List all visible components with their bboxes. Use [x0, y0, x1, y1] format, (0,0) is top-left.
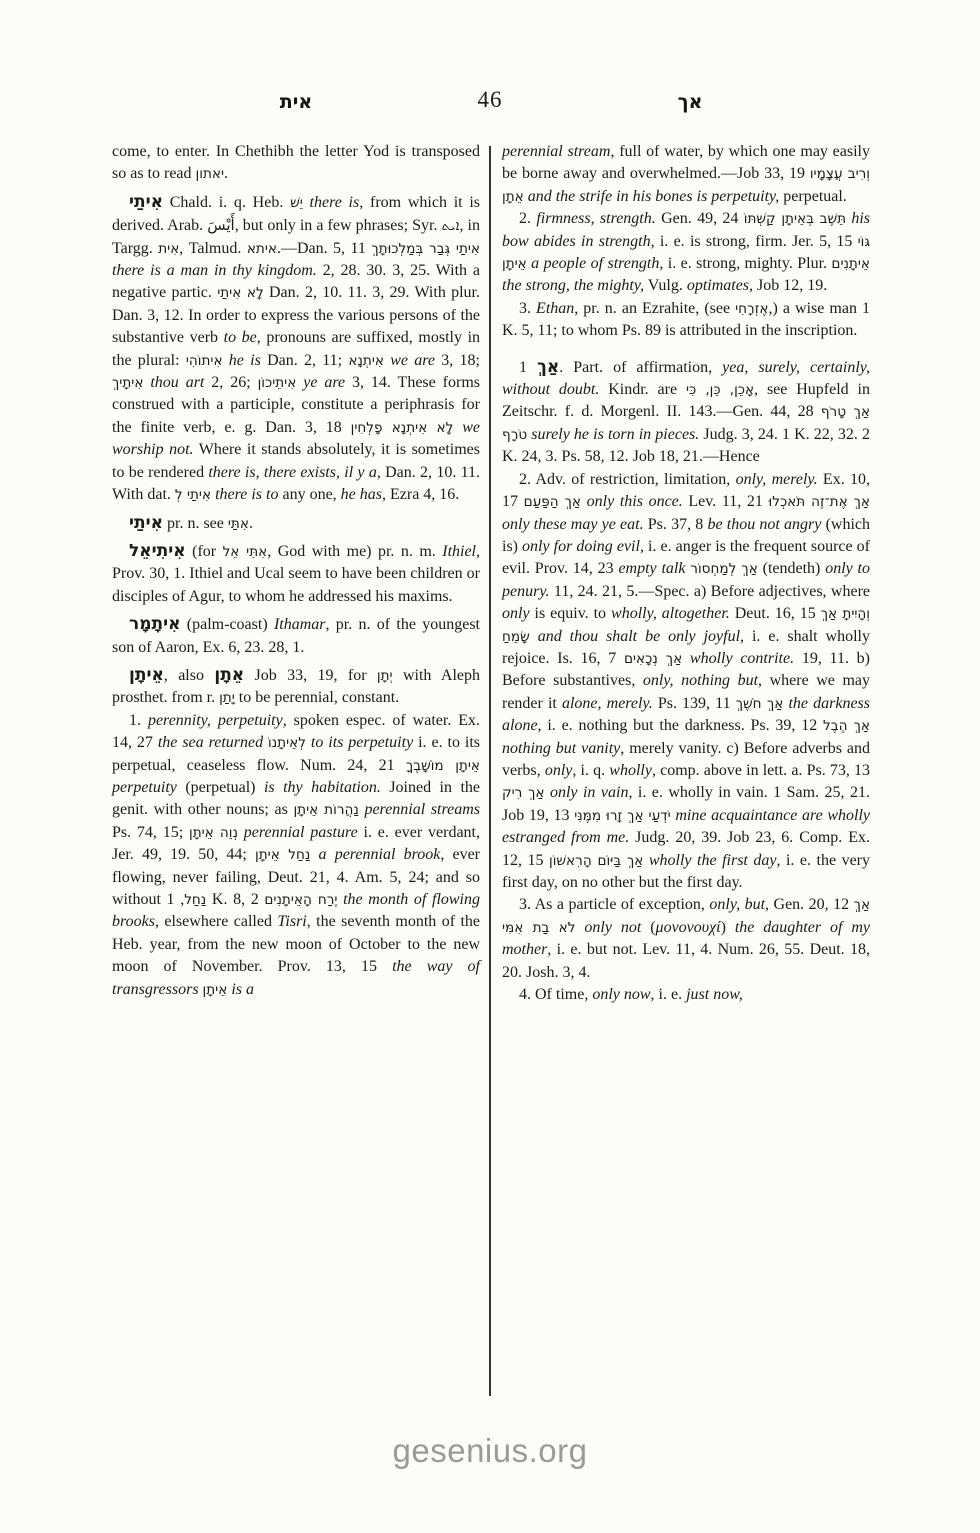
hebrew-headword: אִיתַי [129, 513, 163, 533]
italic-text-run: only now [592, 986, 650, 1003]
text-run: 3. As a particle of exception, [519, 896, 709, 913]
paragraph: come, to enter. In Chethibh the letter Y… [112, 141, 480, 186]
hebrew-text: יֶרַח הָאֵיתָנִים [264, 892, 337, 908]
italic-text-run: is a [227, 981, 254, 998]
arabic-text: أَيْسَ [207, 216, 234, 234]
entry-paragraph: אַךְ 1. Part. of affirmation, yea, surel… [502, 356, 870, 469]
syriac-text: ܐܝܬ [442, 218, 460, 234]
text-run: , Job 12, 19. [749, 277, 827, 294]
hebrew-text: נַחַל [184, 892, 206, 908]
hebrew-text: יֹדְעַי אַךְ זָרוּ מִמֶּנִּי [574, 808, 671, 824]
text-run: Dan. 2, 11; [261, 352, 349, 369]
italic-text-run: only these may ye eat. [502, 516, 644, 533]
text-run: 11, 24. 21, 5.—Spec. a) Before adjective… [550, 583, 870, 600]
text-run: , Talmud. [179, 240, 247, 257]
italic-text-run: just now, [686, 986, 743, 1003]
running-head-left-hebrew: אית [236, 90, 356, 114]
hebrew-headword: אִיתַי [129, 192, 163, 212]
text-run: 3, 18; [435, 352, 480, 369]
hebrew-text: איתא [247, 241, 277, 257]
text-run: .—Dan. 5, 11 [277, 240, 371, 257]
text-run: pr. n. see [163, 515, 228, 532]
italic-text-run: the strong, the mighty, [502, 277, 644, 294]
italic-text-run: only, but [709, 896, 765, 913]
italic-text-run: only not [575, 919, 641, 936]
hebrew-text: אָכֵן, כֵּן, כִּי [686, 382, 754, 398]
hebrew-text: אִתַּי [228, 516, 249, 532]
italic-text-run: surely he is torn in pieces. [527, 426, 699, 443]
text-run: Job 33, 19, for [244, 667, 377, 684]
text-run: Ps. 74, 15; [112, 824, 189, 841]
column-right: perennial stream, full of water, by whic… [502, 141, 870, 1006]
hebrew-text: אִתִּי אֵל [223, 544, 268, 560]
italic-text-run: perennial stream [502, 143, 610, 160]
italic-text-run: and the strife in his bones is perpetuit… [524, 188, 780, 205]
text-run: , i. e. strong, mighty. Plur. [659, 255, 831, 272]
italic-text-run: the sea returned [158, 734, 268, 751]
text-run: to be perennial, constant. [235, 689, 399, 706]
italic-text-run: only, merely. [736, 471, 818, 488]
italic-text-run: only for doing evil, [522, 538, 644, 555]
text-run: , Ezra 4, 16. [382, 486, 459, 503]
text-run: , i. q. [572, 762, 609, 779]
italic-text-run: alone, merely. [562, 695, 653, 712]
text-run: (perpetual) [177, 779, 264, 796]
hebrew-text: יֵשׁ [290, 195, 303, 211]
text-run: . [249, 515, 253, 532]
text-run: Ps. 37, 8 [644, 516, 708, 533]
italic-text-run: to be [224, 329, 257, 346]
entry-paragraph: אֵיתָן, also אֵתָן Job 33, 19, for יְתָן… [112, 664, 480, 710]
hebrew-text: אַךְ רִיק [502, 785, 545, 801]
hebrew-text: לָא אִיתְנָא פָלְחִין [351, 420, 454, 436]
italic-text-run: thou art [143, 374, 204, 391]
text-run: , i. e. nothing but the darkness. Ps. 39… [538, 717, 823, 734]
italic-text-run: firmness, strength. [536, 210, 655, 227]
italic-text-run: Ithiel [442, 543, 476, 560]
paragraph: 3. As a particle of exception, only, but… [502, 894, 870, 984]
text-run: any one, [278, 486, 340, 503]
paragraph: 2. Adv. of restriction, limitation, only… [502, 469, 870, 895]
hebrew-text: אֵיתָן [203, 982, 228, 998]
italic-text-run: wholly the first day [643, 852, 776, 869]
text-run: 3. [519, 300, 536, 317]
italic-text-run: only [502, 605, 530, 622]
entry-paragraph: אִיתָמָר (palm-coast) Ithamar, pr. n. of… [112, 613, 480, 659]
hebrew-headword: אִיתָמָר [129, 614, 181, 634]
hebrew-headword: אִיתִיאֵל [129, 541, 186, 561]
greek-text: μονονουχί [656, 919, 721, 936]
hebrew-text: תֵּשֶׁב בְּאֵיתָן קַשְׁתּוֹ [744, 211, 846, 227]
hebrew-text: אֶזְרָחִי [735, 301, 768, 317]
text-run: i. e. is strong, firm. Jer. 5, 15 [655, 233, 858, 250]
hebrew-text: אִיתַי לְ [175, 487, 211, 503]
text-run: , i. e. but not. Lev. 11, 4. Num. 26, 55… [502, 941, 870, 980]
hebrew-text: אִית [158, 241, 179, 257]
text-run: 4. Of time, [519, 986, 592, 1003]
hebrew-text: אַךְ הֶבֶל [823, 718, 870, 734]
paragraph: 1. perennity, perpetuity, spoken espec. … [112, 710, 480, 1001]
italic-text-run: wholly, altogether. [611, 605, 730, 622]
italic-text-run: optimates [687, 277, 749, 294]
text-run: come, to enter. In Chethibh the letter Y… [112, 143, 480, 182]
italic-text-run: to its perpetuity [306, 734, 413, 751]
watermark: gesenius.org [0, 1432, 980, 1470]
italic-text-run: ye are [296, 374, 345, 391]
text-run: 2. [519, 210, 536, 227]
text-run: 1. [129, 712, 148, 729]
text-run: Chald. i. q. Heb. [163, 194, 290, 211]
hebrew-text: אִיתַי גְּבַר בְּמַלְכוּתָךְ [371, 241, 480, 257]
italic-text-run: only in vain [545, 784, 629, 801]
hebrew-text: אַךְ חֹשֶׁךְ [736, 696, 784, 712]
hebrew-text: יאתון [196, 166, 224, 182]
hebrew-text: לְאֵיתָנוֹ [268, 735, 306, 751]
entry-paragraph: אִיתַי pr. n. see אִתַּי. [112, 512, 480, 535]
hebrew-text: נַהֲרוֹת אֵיתָן [293, 802, 358, 818]
running-head-right-hebrew: אך [630, 90, 750, 114]
text-run: Ps. 139, 11 [653, 695, 736, 712]
italic-text-run: perennity, perpetuity [148, 712, 283, 729]
text-run: Lev. 11, 21 [683, 493, 769, 510]
hebrew-text: אַךְ נְכָאִים [624, 651, 682, 667]
text-run: Vulg. [644, 277, 687, 294]
paragraph: 3. Ethan, pr. n. an Ezrahite, (see אֶזְר… [502, 298, 870, 343]
paragraph: 4. Of time, only now, i. e. just now, [502, 984, 870, 1006]
italic-text-run: a perennial brook [310, 846, 440, 863]
italic-text-run: nothing but vanity [502, 740, 620, 757]
paragraph: perennial stream, full of water, by whic… [502, 141, 870, 208]
italic-text-run: perpetuity [112, 779, 177, 796]
text-run: 2, 26; [204, 374, 257, 391]
hebrew-headword: אֵתָן [214, 665, 244, 685]
hebrew-text: לָא אִיתַי [217, 285, 264, 301]
text-run: , comp. above in lett. a. Ps. 73, 13 [652, 762, 870, 779]
italic-text-run: there is to [211, 486, 278, 503]
hebrew-text: אֵיתָנִים [831, 256, 870, 272]
text-run: , but only in a few phrases; Syr. [235, 217, 442, 234]
text-run: Gen. 49, 24 [656, 210, 744, 227]
page-number: 46 [440, 87, 540, 113]
text-run: , elsewhere called [155, 913, 277, 930]
text-run: . [224, 165, 228, 182]
text-run: , God with me) pr. n. m. [267, 543, 442, 560]
italic-text-run: and thou shalt be only joyful [530, 628, 740, 645]
italic-text-run: perennial streams [359, 801, 480, 818]
hebrew-text: נְוֵה אֵיתָן [189, 825, 238, 841]
italic-text-run: there is, [303, 194, 363, 211]
text-run: , pr. n. an Ezrahite, (see [574, 300, 735, 317]
italic-text-run: only this once. [581, 493, 683, 510]
column-left: come, to enter. In Chethibh the letter Y… [112, 141, 480, 1001]
paragraph: 2. firmness, strength. Gen. 49, 24 תֵּשֶ… [502, 208, 870, 298]
italic-text-run: a people of strength [527, 255, 660, 272]
text-run: Kindr. are [599, 381, 686, 398]
text-run: perpetual. [779, 188, 847, 205]
hebrew-text: אִיתֵיכוֹן [258, 375, 297, 391]
hebrew-text: אִיתָיךְ [112, 375, 143, 391]
hebrew-text: אַךְ בַּיּוֹם הָרִאשׁוֹן [549, 853, 643, 869]
text-run: Deut. 16, 15 [730, 605, 821, 622]
italic-text-run: he is [223, 352, 261, 369]
hebrew-text: אַךְ אֶת־זֶה תֹּאכְלוּ [769, 494, 870, 510]
entry-paragraph: אִיתַי Chald. i. q. Heb. יֵשׁ there is, … [112, 191, 480, 507]
italic-text-run: Ethan [536, 300, 574, 317]
italic-text-run: Tisri [277, 913, 306, 930]
italic-text-run: Ithamar [274, 616, 326, 633]
italic-text-run: we are [384, 352, 435, 369]
italic-text-run: there is, there exists, il y a [208, 464, 376, 481]
hebrew-text: אַךְ הַפַּעַם [524, 494, 581, 510]
hebrew-headword: אַךְ [537, 357, 559, 377]
italic-text-run: there is a man in thy kingdom. [112, 262, 317, 279]
text-run: ) [721, 919, 735, 936]
hebrew-text: יְתָן [377, 668, 393, 684]
hebrew-text: אֵיתָן מוֹשָׁבֶךָ [406, 758, 480, 774]
column-divider-rule [489, 146, 491, 1396]
text-run: (palm-coast) [181, 616, 274, 633]
hebrew-headword: אֵיתָן [129, 665, 164, 685]
text-run: , i. e. [651, 986, 687, 1003]
italic-text-run: is thy habitation. [264, 779, 381, 796]
hebrew-text: נַחַל אֵיתָן [255, 847, 310, 863]
hebrew-text: אִיתוֹהִי [186, 353, 223, 369]
text-run: is equiv. to [530, 605, 611, 622]
hebrew-text: אִיתְנָא [348, 353, 384, 369]
italic-text-run: only [545, 762, 573, 779]
text-run: , Gen. 20, 12 [765, 896, 854, 913]
italic-text-run: wholly [609, 762, 652, 779]
text-run: , 1 K. 8, 2 [167, 891, 265, 908]
lexicon-page: אית 46 אך come, to enter. In Chethibh th… [0, 0, 980, 1533]
text-run: , also [164, 667, 215, 684]
italic-text-run: wholly contrite. [682, 650, 794, 667]
italic-text-run: empty talk [618, 560, 690, 577]
hebrew-text: יָתַן [219, 690, 235, 706]
text-run: ( [641, 919, 655, 936]
entry-paragraph: אִיתִיאֵל (for אִתִּי אֵל, God with me) … [112, 540, 480, 608]
italic-text-run: he has [341, 486, 382, 503]
italic-text-run: perennial pasture [238, 824, 358, 841]
text-run: (tendeth) [758, 560, 825, 577]
text-run: (for [186, 543, 223, 560]
hebrew-text: אַךְ לְמַחְסוֹר [690, 561, 758, 577]
italic-text-run: be thou not angry [707, 516, 821, 533]
text-run: 2. Adv. of restriction, limitation, [519, 471, 736, 488]
italic-text-run: only, nothing but [643, 672, 758, 689]
